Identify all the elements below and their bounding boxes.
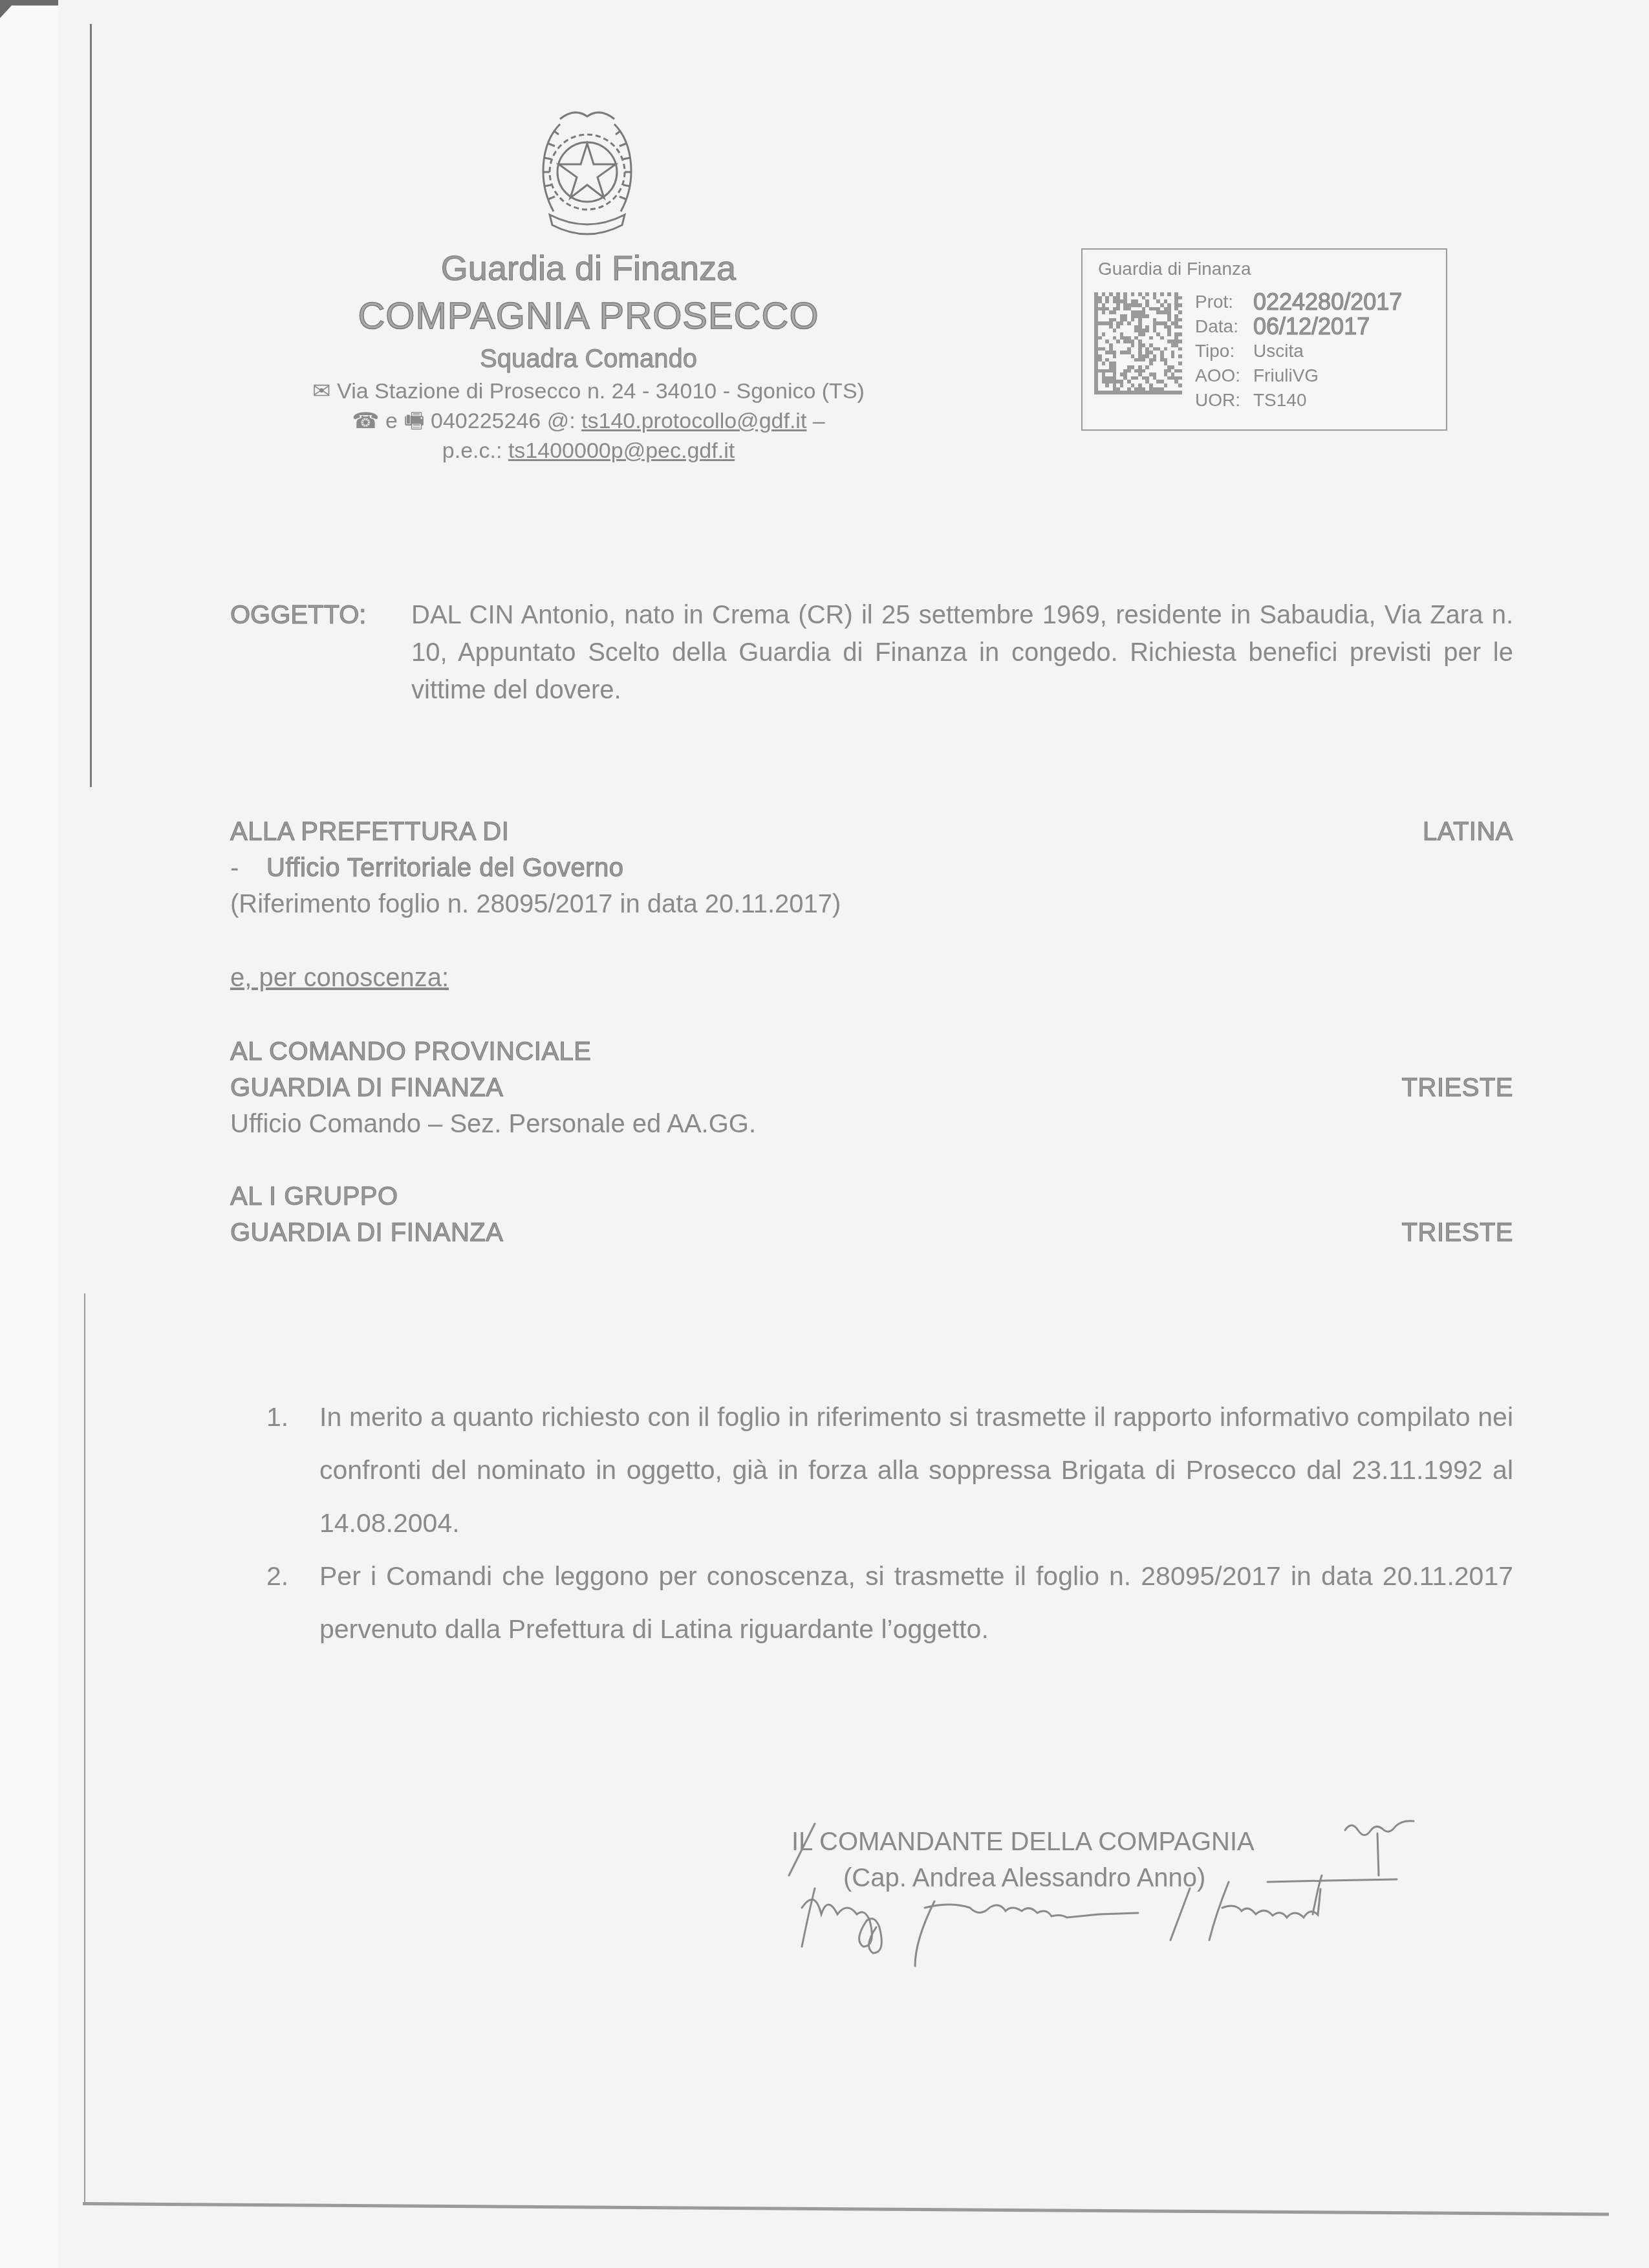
recipient-city: TRIESTE: [1402, 1070, 1513, 1106]
recipient-city: TRIESTE: [1402, 1215, 1513, 1251]
stamp-field: UOR:TS140: [1195, 388, 1402, 413]
recipient-line: GUARDIA DI FINANZA: [230, 1215, 503, 1251]
scan-edge-line: [84, 1293, 85, 2204]
paragraph-text: In merito a quanto richiesto con il fogl…: [319, 1390, 1513, 1550]
subject-text: DAL CIN Antonio, nato in Crema (CR) il 2…: [411, 596, 1513, 709]
subunit-name: Squadra Comando: [194, 341, 983, 376]
letterhead: Guardia di Finanza COMPAGNIA PROSECCO Sq…: [194, 246, 983, 466]
pec-link[interactable]: ts1400000p@pec.gdf.it: [508, 438, 735, 463]
organization-name: Guardia di Finanza: [194, 246, 983, 291]
pec-label: p.e.c.:: [442, 438, 502, 463]
stamp-field-value: Uscita: [1253, 339, 1304, 363]
stamp-field: Prot:0224280/2017: [1195, 290, 1402, 314]
datamatrix-code-icon: [1094, 292, 1182, 394]
stamp-title: Guardia di Finanza: [1098, 259, 1251, 279]
fax-icon: 🖷: [404, 409, 424, 433]
address-text: Via Stazione di Prosecco n. 24 - 34010 -…: [337, 379, 865, 404]
recipient-line: ALLA PREFETTURA DI: [230, 814, 509, 850]
paragraph-text: Per i Comandi che leggono per conoscenza…: [319, 1550, 1513, 1656]
paragraph-number: 2.: [266, 1550, 319, 1656]
stamp-field-value: 06/12/2017: [1253, 314, 1370, 339]
stamp-field-value: 0224280/2017: [1253, 290, 1402, 314]
scan-margin: [0, 0, 58, 2268]
italian-republic-emblem-icon: [534, 105, 640, 241]
protocol-stamp: Guardia di Finanza Prot:0224280/2017Data…: [1081, 248, 1447, 431]
recipient-office: Ufficio Comando – Sez. Personale ed AA.G…: [230, 1106, 756, 1142]
stamp-field: Tipo:Uscita: [1195, 339, 1402, 363]
address-line: ✉ Via Stazione di Prosecco n. 24 - 34010…: [194, 376, 983, 406]
recipient-line: AL I GRUPPO: [230, 1178, 398, 1215]
email-separator: –: [813, 409, 825, 433]
handwritten-signature-icon: [776, 1804, 1520, 1972]
recipient-line: GUARDIA DI FINANZA: [230, 1070, 503, 1106]
unit-name: COMPAGNIA PROSECCO: [194, 291, 983, 341]
scan-edge-line: [90, 24, 92, 787]
pec-line: p.e.c.: ts1400000p@pec.gdf.it: [194, 436, 983, 466]
stamp-field: AOO:FriuliVG: [1195, 363, 1402, 388]
recipient-city: LATINA: [1423, 814, 1513, 850]
contact-line: ☎ e 🖷 040225246 @: ts140.protocollo@gdf.…: [194, 406, 983, 436]
email-label: @:: [547, 409, 576, 433]
phone-conjunction: e: [385, 409, 398, 433]
phone-fax-number: 040225246: [431, 409, 541, 433]
subject-block: OGGETTO: DAL CIN Antonio, nato in Crema …: [230, 596, 1513, 709]
email-link[interactable]: ts140.protocollo@gdf.it: [581, 409, 806, 433]
recipient-line: AL COMANDO PROVINCIALE: [230, 1033, 592, 1070]
scan-bottom-line: [83, 2202, 1609, 2216]
cc-recipient: AL I GRUPPO GUARDIA DI FINANZA TRIESTE: [230, 1178, 1513, 1251]
primary-recipient: ALLA PREFETTURA DI LATINA - Ufficio Terr…: [230, 814, 1513, 922]
stamp-field-label: Prot:: [1195, 290, 1253, 314]
body-paragraphs: 1. In merito a quanto richiesto con il f…: [266, 1390, 1513, 1656]
cc-label: e, per conoscenza:: [230, 964, 449, 993]
paragraph: 2. Per i Comandi che leggono per conosce…: [266, 1550, 1513, 1656]
bullet-dash: -: [230, 850, 266, 886]
stamp-field: Data:06/12/2017: [1195, 314, 1402, 339]
telephone-icon: ☎: [352, 409, 379, 433]
stamp-field-label: UOR:: [1195, 388, 1253, 413]
stamp-field-label: AOO:: [1195, 363, 1253, 388]
paragraph: 1. In merito a quanto richiesto con il f…: [266, 1390, 1513, 1550]
stamp-field-label: Data:: [1195, 314, 1253, 339]
reference-line: (Riferimento foglio n. 28095/2017 in dat…: [230, 886, 841, 922]
subject-label: OGGETTO:: [230, 596, 411, 709]
stamp-field-value: FriuliVG: [1253, 363, 1319, 388]
paragraph-number: 1.: [266, 1390, 319, 1550]
stamp-fields: Prot:0224280/2017Data:06/12/2017Tipo:Usc…: [1195, 290, 1402, 413]
stamp-field-value: TS140: [1253, 388, 1307, 413]
envelope-icon: ✉: [312, 379, 331, 404]
stamp-field-label: Tipo:: [1195, 339, 1253, 363]
recipient-office: Ufficio Territoriale del Governo: [266, 850, 624, 886]
cc-recipient: AL COMANDO PROVINCIALE GUARDIA DI FINANZ…: [230, 1033, 1513, 1142]
